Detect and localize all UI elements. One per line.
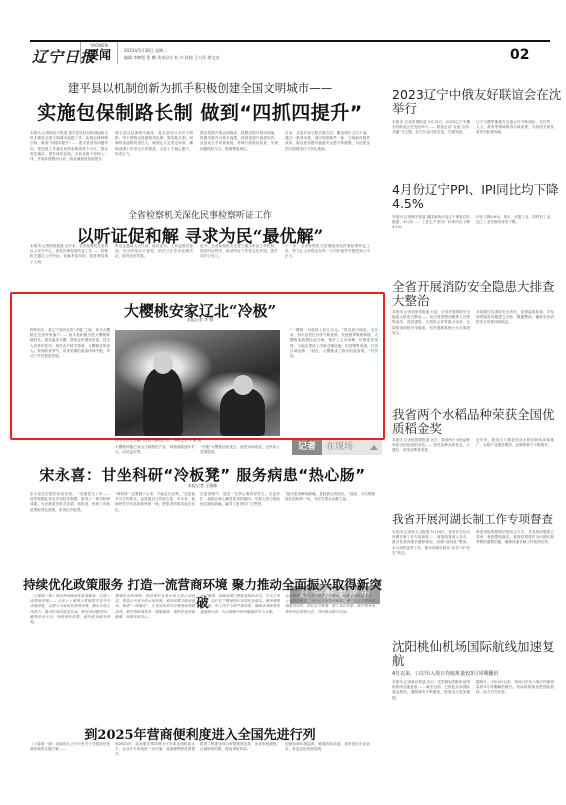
story6-body-col2[interactable]: 到2025年，政务服务事项网上可办率达到较高水平，企业开办时间进一步压缩，营商便… [115, 742, 195, 772]
section-cn: 要闻 [81, 49, 117, 62]
sidebar-item-3-body-col2[interactable]: 各地要压实消防安全责任，加强监督检查，对发现的隐患问题建立台账，限期整改，确保全… [476, 310, 554, 395]
lead-title: 实施包保制路长制 做到“四抓四提升” [22, 98, 378, 125]
featured-body-col2[interactable]: 大樱桃种植已成为当地特色产业，种植面积逐年扩大，亩效益可观。 [115, 445, 195, 459]
sidebar-item-6-title[interactable]: 沈阳桃仙机场国际航线加速复航 [392, 640, 562, 668]
sidebar-item-4-title[interactable]: 我省两个水稻品种荣获全国优质稻金奖 [392, 408, 562, 436]
story2-body-col3[interactable]: 此外，全省检察机关还建立健全听证工作机制，规范听证程序，推动听证工作常态化开展，… [200, 244, 278, 289]
featured-body-col3[interactable]: “冷极”大樱桃品质优良，深受市场欢迎，农民收入显著提高。 [200, 445, 280, 459]
featured-photo [115, 330, 280, 436]
story6-body-col3[interactable]: 推进工程建设项目审批制度改革，优化审批流程，压减审批时限，提高审批效率。 [200, 742, 280, 772]
featured-body-col1[interactable]: 铁岭西丰，是辽宁省有名的“冷极”之地，如今大樱桃在这里安家落户…… 西丰县积极引… [30, 328, 110, 433]
dateline: 2023年5月16日 星期二 编辑 李树恒 张 鹏 美术设计 杜 卉 检校 王力… [124, 47, 219, 61]
story4-body-col3[interactable]: 在患者眼中，他是一位热心肠的好医生。无论多忙，他都会耐心解答患者的疑问，尽最大努… [200, 492, 280, 572]
sidebar-item-1-body-col1[interactable]: 本报讯 记者张勇报道 5月15日，2023辽宁中俄友好联谊会在沈阳举行…… 联谊… [392, 120, 470, 175]
sidebar-item-3-title[interactable]: 全省开展消防安全隐患大排查大整治 [392, 280, 562, 308]
photo-face-left [153, 352, 173, 374]
on-scene-label: 在现场 [326, 440, 353, 455]
sidebar-item-5-body-col2[interactable]: 督查采取明察暗访相结合方式，对发现问题建立清单，督促整改落实。督查结果将作为河湖… [476, 530, 554, 630]
page-number: 02 [510, 47, 529, 63]
reporter-label: 记者 [292, 440, 322, 455]
story5-body-col3[interactable]: 会议强调，各级各部门要提高政治站位，压实工作责任，以钉钉子精神抓好各项任务落实。… [200, 594, 280, 719]
date: 2023年5月16日 星期二 [124, 47, 219, 54]
sidebar-item-4-body-col2[interactable]: 近年来，我省大力推进优质水稻品种选育和推广，水稻产业提质增效，品牌影响力不断提升… [476, 438, 554, 500]
sidebar-item-2-body-col2[interactable]: 环比下降0.6%。其中，采掘工业、原材料工业、加工工业价格均有所下降。 [476, 215, 554, 253]
story2-body-col1[interactable]: 本报讯 记者侯悦报道 近年来，全省检察机关坚持以人民为中心，深化民事检察听证工作… [30, 244, 108, 289]
lead-subtitle: 建平县以机制创新为抓手积极创建全国文明城市—— [30, 80, 370, 96]
lead-body-col1[interactable]: 本报讯 记者杨忠宇报道 建平县坚持以机制创新为抓手推进全国文明城市创建工作，实施… [30, 131, 108, 206]
story6-body-col1[interactable]: （上接第一版）省政府办公厅印发关于全面优化营商环境的实施方案…… [30, 742, 110, 772]
story6-body-col4[interactable]: 加强营商环境监督，畅通投诉渠道，及时回应企业诉求，营造良好发展氛围。 [285, 742, 370, 772]
photo-person-left [143, 368, 183, 436]
story5-body-col4[interactable]: 会议要求，要大力弘扬企业家精神，构建亲清政商关系，主动靠前服务，为企业发展排忧解… [285, 594, 375, 719]
story2-body-col4[interactable]: 下一步，全省检察机关将继续深化民事检察听证工作，努力让人民群众在每一个司法案件中… [285, 244, 370, 289]
story6-title: 到2025年营商便利度进入全国先进行列 [30, 724, 370, 743]
sidebar-item-3-body-col1[interactable]: 本报讯 记者刘家伟报道 日前，全省开展消防安全隐患大排查大整治…… 此次排查整治… [392, 310, 470, 395]
sidebar-item-6-body-col2[interactable]: 据统计，今年4月以来，机场口岸出入境日均航班量较3月同期翻倍增长。机场将持续加密… [476, 680, 554, 760]
photo-caption: 技术人员在大棚内查看大樱桃长势。 本报记者 李翔 摄 [115, 438, 285, 444]
sidebar-item-1-body-col2[interactable]: 辽宁与俄罗斯地方交流合作不断深化，在经贸、人文、教育等领域取得丰硕成果，为两国关… [476, 120, 554, 175]
story5-body-col1[interactable]: （上接第一版）我省将持续优化政策服务，打造一流营商环境…… 全省上下要深入贯彻落… [30, 594, 110, 719]
story4-body-col1[interactable]: 宋永喜在医院的实验室里，一坐就是几十年…… 他带领团队攻克多项技术难题，取得了一… [30, 492, 110, 572]
story2-body-col2[interactable]: 听证会邀请人大代表、政协委员、人民监督员参加，充分听取各方意见，依法公正作出处理… [115, 244, 193, 289]
sidebar-item-2-title[interactable]: 4月份辽宁PPI、IPI同比均下降4.5% [392, 183, 562, 211]
sidebar-item-5-title[interactable]: 我省开展河湖长制工作专项督查 [392, 512, 562, 526]
reporter-on-scene-tag: 记者 在现场 [292, 440, 382, 455]
story4-body-col2[interactable]: “做科研一定要静下心来，不能急功近利。”这是他对学生的要求，也是他自己的座右铭。… [115, 492, 195, 572]
sidebar-item-6-body-col1[interactable]: 本报讯 记者黄岩报道 近日，沈阳桃仙国际机场国际航线加速复航…… 截至目前，已恢… [392, 680, 470, 760]
photo-person-right [220, 388, 265, 436]
photo-face-right [233, 375, 253, 395]
story4-title: 宋永喜：甘坐科研“冷板凳” 服务病患“热心肠” [30, 464, 375, 485]
story2-subtitle: 全省检察机关深化民事检察听证工作 [30, 208, 370, 221]
sidebar-item-2-body-col1[interactable]: 本报讯 记者韩宇报道 据国家统计局辽宁调查总队数据，4月份…… 工业生产者出厂价… [392, 215, 470, 253]
editors: 编辑 李树恒 张 鹏 美术设计 杜 卉 检校 王力军 徐文龙 [124, 54, 219, 61]
story5-body-col2[interactable]: 要强化法治保障，依法保护各类市场主体合法权益，营造公平竞争的市场环境。要加快数字… [115, 594, 195, 719]
story4-body-col4[interactable]: “能为患者解除病痛，是我最大的快乐。”他说，今后将继续扎根科研一线，为医学事业贡… [285, 492, 375, 542]
lead-body-col3[interactable]: 抓宣传提升群众知晓率，抓整治提升城市颜值，抓服务提升百姓幸福感，抓督查提升创建实… [200, 131, 278, 206]
mountain-icon [370, 445, 378, 450]
sidebar-item-5-body-col1[interactable]: 本报讯 记者孙大卫报道 5月14日，省河长办启动河湖长制工作专项督查…… 督查组… [392, 530, 470, 630]
sidebar-item-6-subtitle: 4月以来，口岸出入境日均航班量较3月同期翻倍 [392, 670, 562, 677]
sidebar-item-1-title[interactable]: 2023辽宁中俄友好联谊会在沈举行 [392, 88, 562, 116]
featured-body-col4[interactable]: “一棵树一年能收入好几百元。”果农高兴地说。近年来，西丰县依托冷凉气候优势，发展… [290, 328, 378, 438]
story4-byline: 本报记者 王晓峰 [30, 483, 375, 489]
featured-byline: 本报记者 李 翔 [30, 317, 370, 323]
section-label: YAOWEN 要闻 [80, 42, 118, 64]
sidebar-item-4-body-col1[interactable]: 本报讯 记者张国强报道 近日，我省两个水稻品种荣获全国优质稻金奖…… 获奖品种米… [392, 438, 470, 500]
lead-body-col4[interactable]: 目前，全县共设立路长数百名，覆盖城区主次干道。通过一系列举措，城市面貌焕然一新，… [285, 131, 370, 206]
lead-body-col2[interactable]: 建平县以包保制为载体，将全县划分为若干网格，每个网格由县级领导包保。落实路长制，… [115, 131, 193, 206]
